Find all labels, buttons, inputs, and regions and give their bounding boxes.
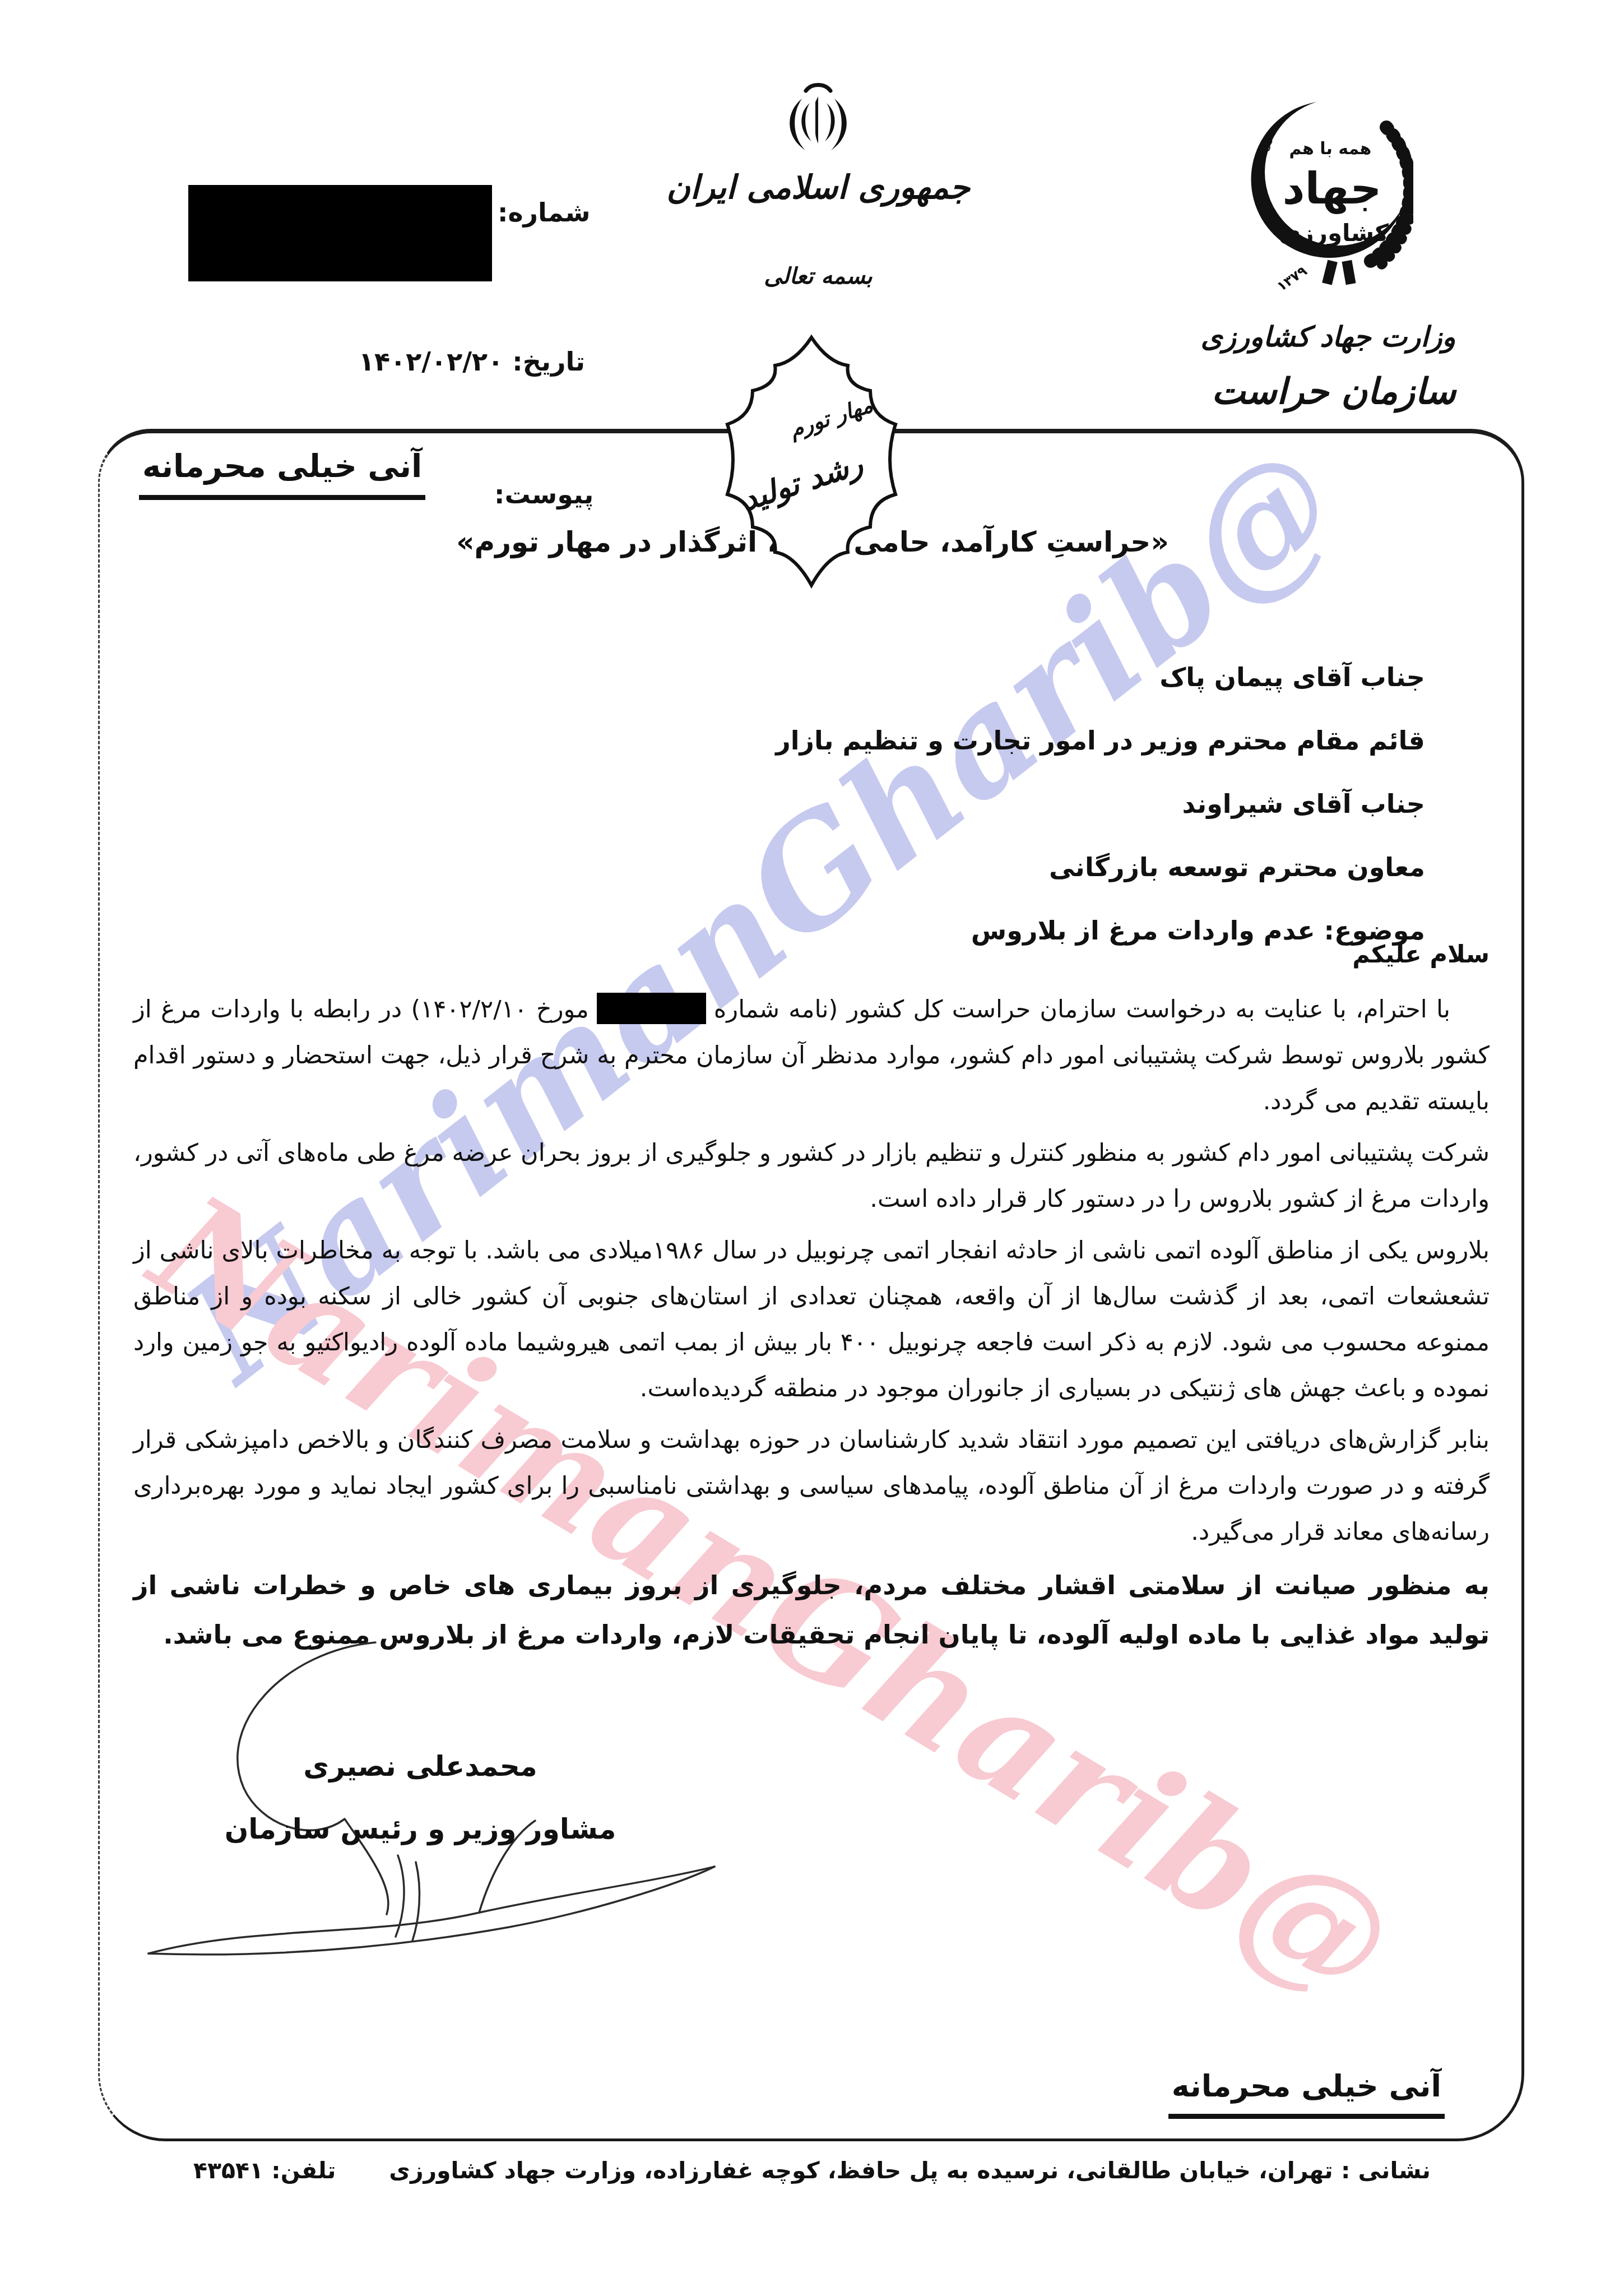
paragraph-3: بلاروس یکی از مناطق آلوده اتمی ناشی از ح… — [133, 1228, 1490, 1411]
logo-year: ۱۳۷۹ — [1274, 263, 1310, 295]
classification-bottom: آنی خیلی محرمانه — [1168, 2068, 1445, 2119]
ministry-title: وزارت جهاد کشاورزی — [1188, 321, 1468, 353]
country-title: جمهوری اسلامی ایران — [650, 168, 986, 206]
recipient-title-1: قائم مقام محترم وزیر در امور تجارت و تنظ… — [776, 709, 1425, 772]
recipient-name-1: جناب آقای پیمان پاک — [776, 646, 1425, 709]
organization-title: سازمان حراست — [1194, 371, 1474, 413]
footer-phone: تلفن: ۴۳۵۴۱ — [193, 2157, 336, 2184]
recipient-block: جناب آقای پیمان پاک قائم مقام محترم وزیر… — [776, 646, 1425, 962]
classification-top: آنی خیلی محرمانه — [139, 448, 425, 500]
salutation: سلام علیکم — [133, 932, 1490, 978]
attachment-label: پیوست: — [494, 479, 593, 510]
date-label: تاریخ: — [512, 346, 585, 377]
paragraph-2: شرکت پشتیبانی امور دام کشور به منظور کنت… — [133, 1130, 1490, 1222]
signer-name: محمدعلی نصیری — [168, 1735, 672, 1798]
year-slogan-seal: مهار تورم رشد تولید — [707, 332, 916, 591]
number-label: شماره: — [498, 197, 590, 228]
letter-body: سلام علیکم با احترام، با عنایت به درخواس… — [133, 932, 1490, 1665]
recipient-title-2: معاون محترم توسعه بازرگانی — [776, 836, 1425, 899]
date-field: تاریخ: ۱۴۰۲/۰۲/۲۰ — [359, 346, 585, 377]
footer-address: نشانی : تهران، خیابان طالقانی، نرسیده به… — [389, 2157, 1431, 2184]
iran-allah-emblem-icon — [776, 77, 860, 161]
paragraph-1: با احترام، با عنایت به درخواست سازمان حر… — [133, 987, 1490, 1124]
svg-text:قل انما اعظکم بواحده ان تقوموا: قل انما اعظکم بواحده ان تقوموا لله — [1245, 76, 1275, 153]
paragraph-4: بنابر گزارش‌های دریافتی این تصمیم مورد ا… — [133, 1417, 1490, 1555]
date-value: ۱۴۰۲/۰۲/۲۰ — [359, 346, 503, 377]
paragraph-1-before-redaction: با احترام، با عنایت به درخواست سازمان حر… — [714, 996, 1450, 1024]
footer-address-line: نشانی : تهران، خیابان طالقانی، نرسیده به… — [0, 2157, 1624, 2184]
signer-title: مشاور وزیر و رئیس سازمان — [168, 1798, 672, 1860]
logo-main-text: جهاد — [1282, 164, 1381, 214]
recipient-name-2: جناب آقای شیراوند — [776, 772, 1425, 836]
logo-sub-text: کشاورزی — [1279, 219, 1389, 247]
redaction-box-number — [188, 185, 492, 281]
logo-arc-text: قل انما اعظکم بواحده ان تقوموا لله — [1245, 76, 1275, 153]
jahad-keshavarzi-logo-icon: قل انما اعظکم بواحده ان تقوموا لله همه ب… — [1245, 76, 1413, 303]
scanned-letter-page: @NarimanGharib @NarimanGharib شماره: تار… — [0, 0, 1624, 2296]
besmeleh-line: بسمه تعالی — [734, 263, 902, 289]
redaction-box-inline — [597, 993, 706, 1024]
logo-top-text: همه با هم — [1289, 139, 1372, 159]
signature-block: محمدعلی نصیری مشاور وزیر و رئیس سازمان — [168, 1735, 672, 1860]
